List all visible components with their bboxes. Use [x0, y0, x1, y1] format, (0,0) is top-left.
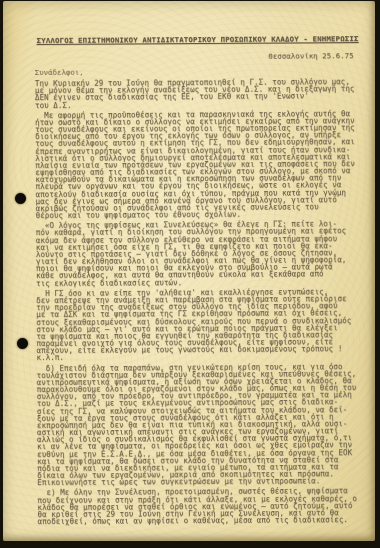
scanned-document-page: ΣΥΛΛΟΓΟΣ ΕΠΙΣΤΗΜΟΝΙΚΟΥ ΑΝΤΙΔΙΚΤΑΤΟΡΙΚΟΥ … — [0, 0, 380, 548]
paragraph-3: «Ο λόγος της ψηφίσεως και Συνελεύσεως» θ… — [36, 220, 360, 287]
hole-punch-top — [15, 193, 26, 204]
dateline: Θεσσαλονίκη 25.6.75 — [268, 51, 353, 61]
paragraph-5: δ) Επειδή όλα τα παραπάνω, στη γενικώτερ… — [37, 363, 362, 487]
paper-sheet: ΣΥΛΛΟΓΟΣ ΕΠΙΣΤΗΜΟΝΙΚΟΥ ΑΝΤΙΔΙΚΤΑΤΟΡΙΚΟΥ … — [3, 1, 375, 541]
document-title: ΣΥΛΛΟΓΟΣ ΕΠΙΣΤΗΜΟΝΙΚΟΥ ΑΝΤΙΔΙΚΤΑΤΟΡΙΚΟΥ … — [37, 34, 357, 45]
salutation: Συνάδελφοι, — [35, 68, 84, 77]
paragraph-2: Με αφορμή τις προϋποθέσεις και τα παρασκ… — [35, 110, 360, 220]
paragraph-4: Η ΓΣ όσο κι αν είπε την 'αλήθεια' και εκ… — [36, 288, 360, 362]
typewritten-content: ΣΥΛΛΟΓΟΣ ΕΠΙΣΤΗΜΟΝΙΚΟΥ ΑΝΤΙΔΙΚΤΑΤΟΡΙΚΟΥ … — [34, 0, 362, 548]
paragraph-6: ε) Με όλην την Συνέλευση, προετοιμασμένη… — [37, 487, 361, 525]
paragraph-1: Την Κυριακήν 29 του Ιούνη θα πραγματοποι… — [35, 78, 359, 109]
hole-punch-bottom — [17, 338, 28, 349]
letter-body: Την Κυριακήν 29 του Ιούνη θα πραγματοποι… — [35, 78, 362, 525]
